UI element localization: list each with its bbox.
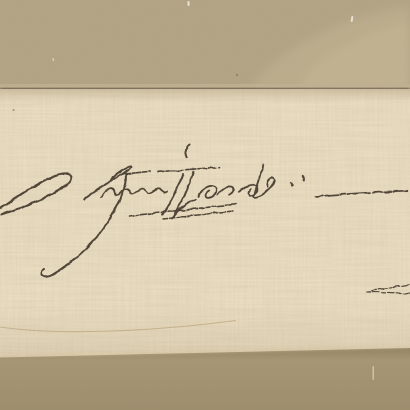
canvas-grain (0, 89, 410, 359)
signature-photo-svg (0, 0, 410, 410)
mat-top-grain (0, 0, 410, 91)
photo-artwork-signature (0, 0, 410, 410)
scratch-bottom-right (373, 366, 375, 380)
dust-speck-top-center (188, 1, 190, 6)
dark-speck-mat-top (236, 74, 238, 76)
dust-speck-mat-left (53, 58, 55, 61)
